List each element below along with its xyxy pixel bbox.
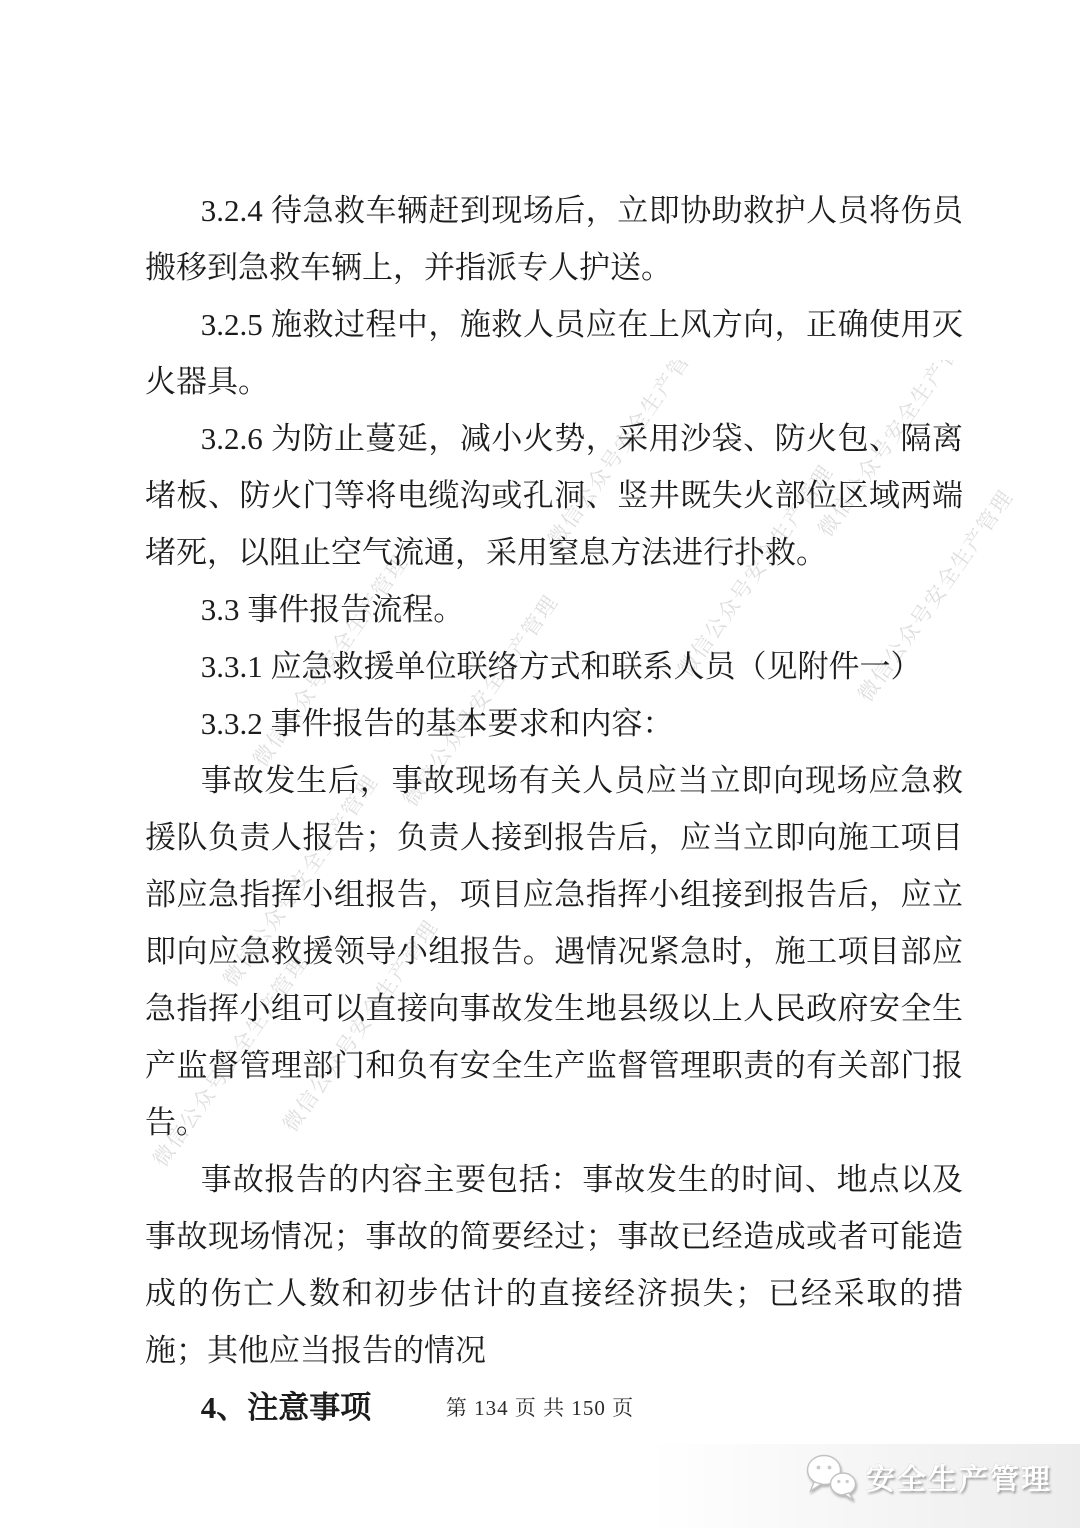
paragraph: 3.3.1 应急救援单位联络方式和联系人员（见附件一）: [145, 638, 963, 695]
paragraph: 事故发生后，事故现场有关人员应当立即向现场应急救援队负责人报告；负责人接到报告后…: [145, 752, 963, 1151]
wechat-icon: [804, 1452, 858, 1502]
paragraph: 3.2.5 施救过程中，施救人员应在上风方向，正确使用灭火器具。: [145, 296, 963, 410]
document-page: 微信公众号安全生产管理 微信公众号安全生产管理 微信公众号安全生产管理 微信公众…: [0, 0, 1080, 1528]
paragraph: 事故报告的内容主要包括：事故发生的时间、地点以及事故现场情况；事故的简要经过；事…: [145, 1151, 963, 1379]
brand-badge: 安全生产管理: [804, 1452, 1052, 1502]
paragraph: 3.2.4 待急救车辆赶到现场后，立即协助救护人员将伤员搬移到急救车辆上，并指派…: [145, 182, 963, 296]
paragraph: 3.3 事件报告流程。: [145, 581, 963, 638]
document-body: 3.2.4 待急救车辆赶到现场后，立即协助救护人员将伤员搬移到急救车辆上，并指派…: [145, 182, 963, 1436]
paragraph: 3.2.6 为防止蔓延，减小火势，采用沙袋、防火包、隔离堵板、防火门等将电缆沟或…: [145, 410, 963, 581]
page-number: 第 134 页 共 150 页: [0, 1392, 1080, 1422]
brand-label: 安全生产管理: [866, 1457, 1052, 1498]
paragraph: 3.3.2 事件报告的基本要求和内容：: [145, 695, 963, 752]
